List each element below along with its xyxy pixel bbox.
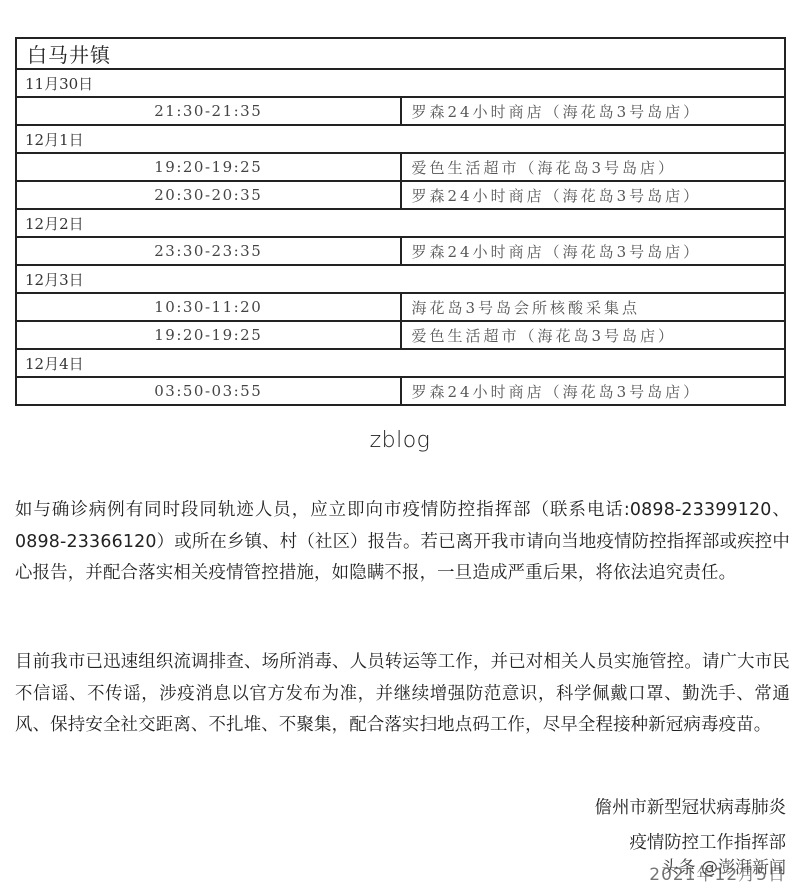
date-row: 12月3日 — [16, 265, 785, 293]
date-cell: 12月4日 — [16, 349, 785, 377]
table-row: 03:50-03:55罗森24小时商店（海花岛3号岛店） — [16, 377, 785, 405]
blog-watermark: zblog — [0, 428, 800, 453]
time-range-cell: 23:30-23:35 — [16, 237, 401, 265]
table-row: 10:30-11:20海花岛3号岛会所核酸采集点 — [16, 293, 785, 321]
date-row: 11月30日 — [16, 69, 785, 97]
table-row: 20:30-20:35罗森24小时商店（海花岛3号岛店） — [16, 181, 785, 209]
trajectory-table: 白马井镇 11月30日21:30-21:35罗森24小时商店（海花岛3号岛店）1… — [15, 37, 786, 406]
place-cell: 罗森24小时商店（海花岛3号岛店） — [401, 97, 786, 125]
time-range-cell: 21:30-21:35 — [16, 97, 401, 125]
time-range-cell: 19:20-19:25 — [16, 321, 401, 349]
notice-paragraph-report: 如与确诊病例有同时段同轨迹人员，应立即向市疫情防控指挥部（联系电话:0898-2… — [15, 495, 790, 590]
table-title-row: 白马井镇 — [16, 38, 785, 69]
date-row: 12月1日 — [16, 125, 785, 153]
place-cell: 罗森24小时商店（海花岛3号岛店） — [401, 377, 786, 405]
table-row: 23:30-23:35罗森24小时商店（海花岛3号岛店） — [16, 237, 785, 265]
table-row: 19:20-19:25爱色生活超市（海花岛3号岛店） — [16, 153, 785, 181]
place-cell: 爱色生活超市（海花岛3号岛店） — [401, 153, 786, 181]
place-cell: 海花岛3号岛会所核酸采集点 — [401, 293, 786, 321]
table-row: 19:20-19:25爱色生活超市（海花岛3号岛店） — [16, 321, 785, 349]
date-cell: 11月30日 — [16, 69, 785, 97]
notice-paragraph-measures: 目前我市已迅速组织流调排查、场所消毒、人员转运等工作，并已对相关人员实施管控。请… — [15, 647, 790, 742]
place-cell: 罗森24小时商店（海花岛3号岛店） — [401, 237, 786, 265]
signature-date-with-source: 2021年12月5日 头条 @澎湃新闻 — [649, 853, 786, 878]
table-row: 21:30-21:35罗森24小时商店（海花岛3号岛店） — [16, 97, 785, 125]
signature-org-line1: 儋州市新型冠状病毒肺炎 — [595, 793, 786, 818]
date-row: 12月4日 — [16, 349, 785, 377]
source-watermark: 头条 @澎湃新闻 — [662, 853, 786, 878]
time-range-cell: 10:30-11:20 — [16, 293, 401, 321]
date-cell: 12月3日 — [16, 265, 785, 293]
place-cell: 爱色生活超市（海花岛3号岛店） — [401, 321, 786, 349]
signature-org-line2: 疫情防控工作指挥部 — [629, 828, 786, 853]
time-range-cell: 03:50-03:55 — [16, 377, 401, 405]
date-row: 12月2日 — [16, 209, 785, 237]
date-cell: 12月2日 — [16, 209, 785, 237]
town-title: 白马井镇 — [16, 38, 785, 69]
time-range-cell: 19:20-19:25 — [16, 153, 401, 181]
date-cell: 12月1日 — [16, 125, 785, 153]
time-range-cell: 20:30-20:35 — [16, 181, 401, 209]
place-cell: 罗森24小时商店（海花岛3号岛店） — [401, 181, 786, 209]
